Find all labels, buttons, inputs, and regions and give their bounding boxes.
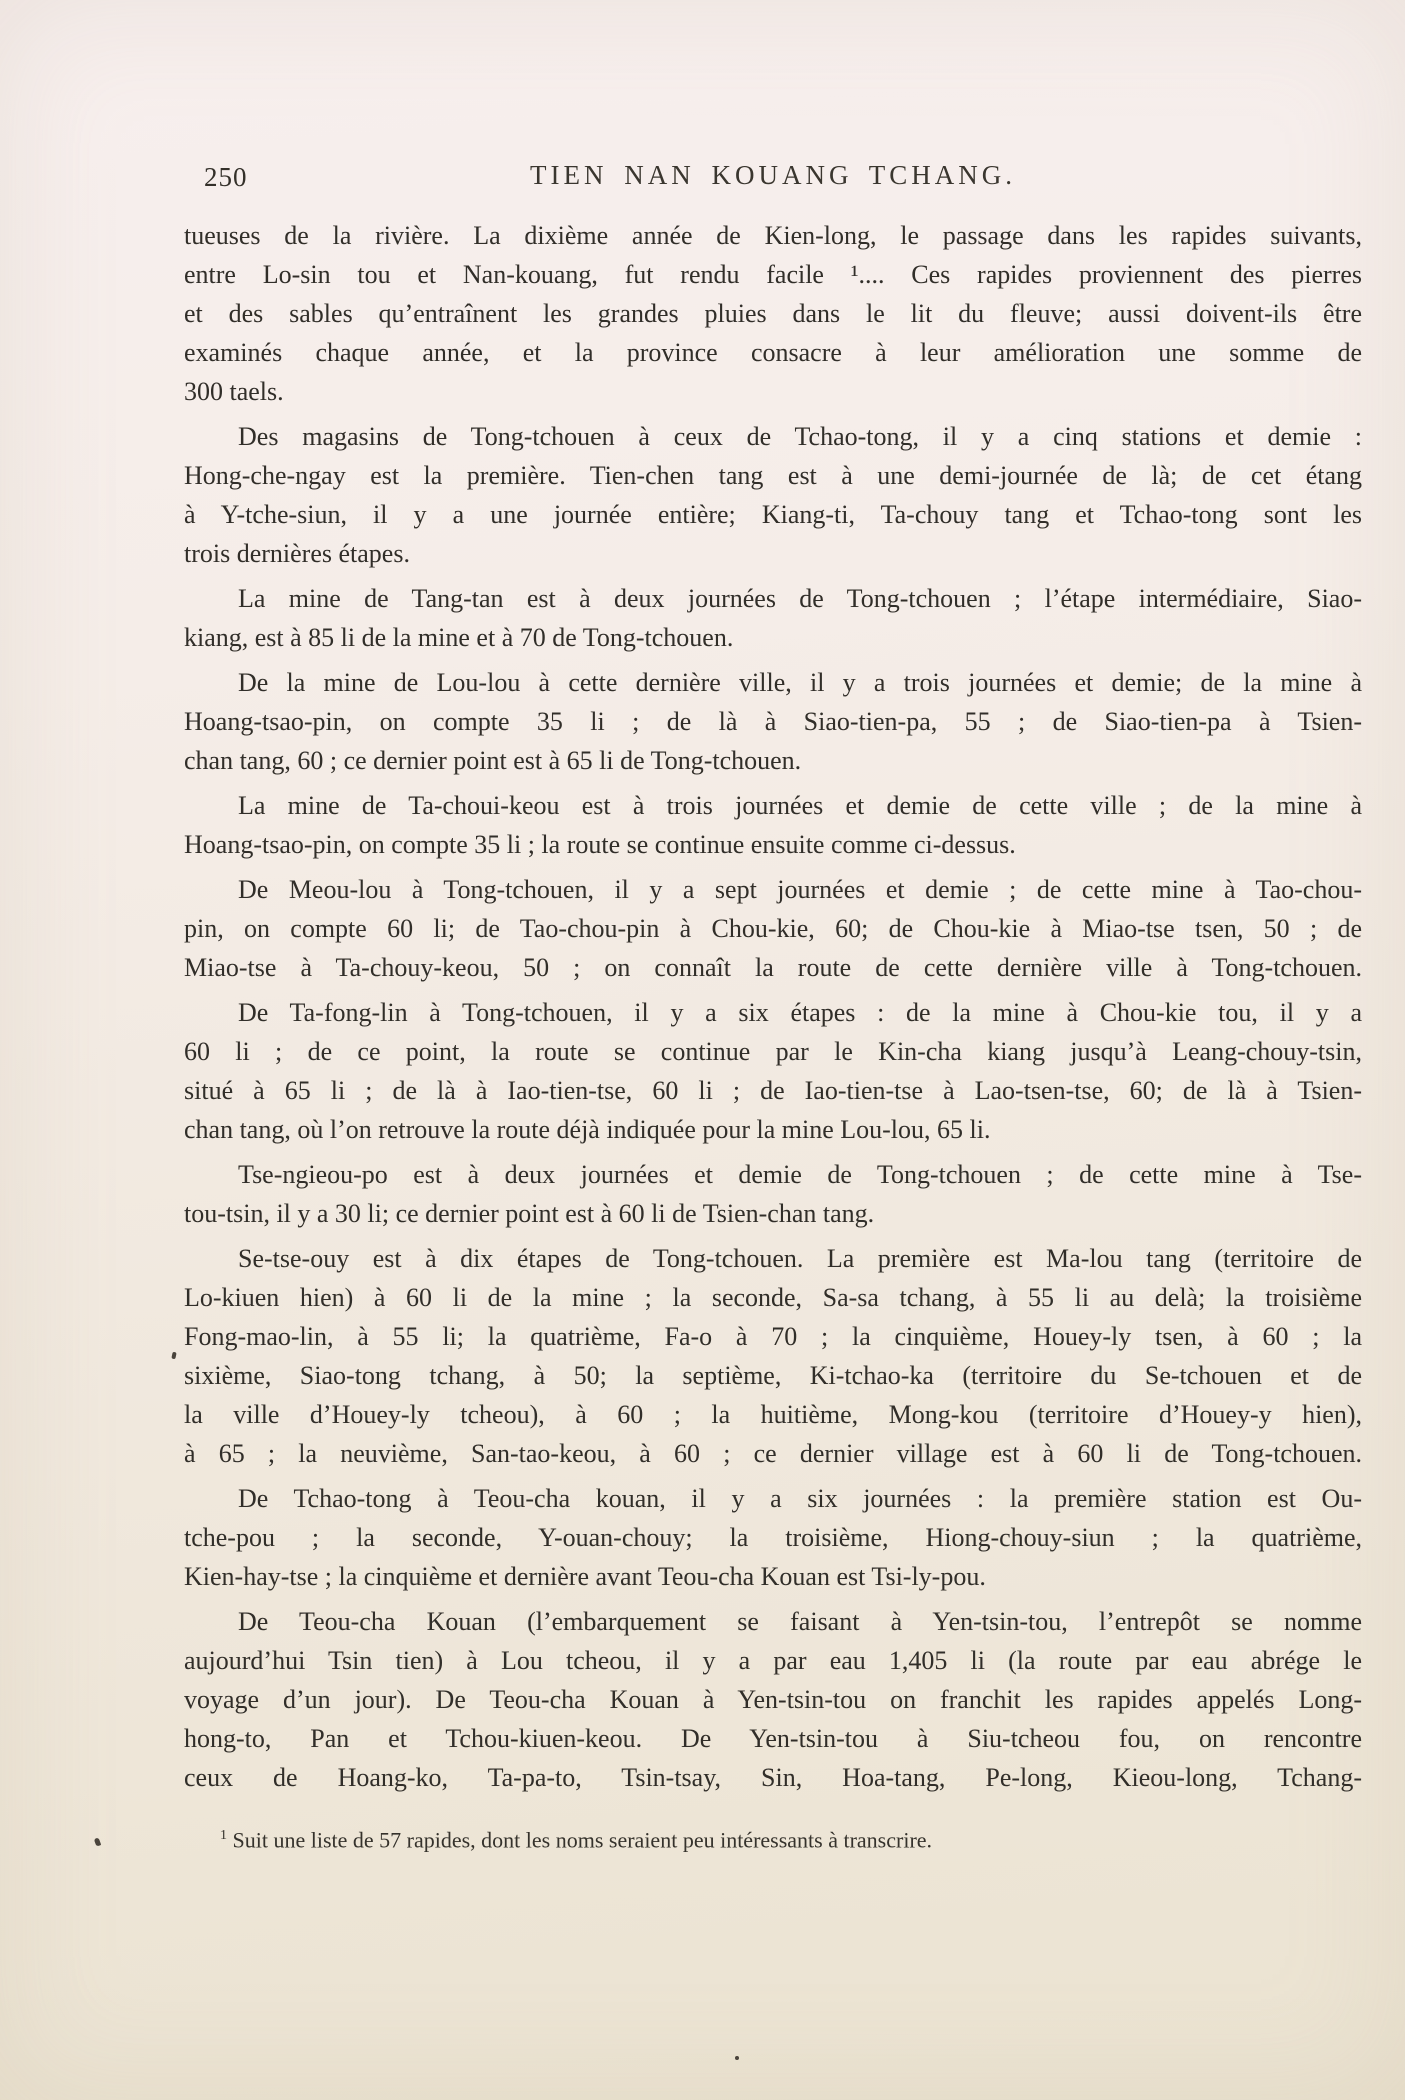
text-line: Des magasins de Tong-tchouen à ceux de T… — [184, 417, 1362, 456]
page-body: tueuses de la rivière. La dixième année … — [184, 216, 1362, 1797]
text-line: hong-to, Pan et Tchou-kiuen-keou. De Yen… — [184, 1719, 1362, 1758]
text-line: trois dernières étapes. — [184, 534, 1362, 573]
footnote-marker: 1 — [220, 1828, 227, 1843]
ink-speck — [171, 1352, 176, 1360]
text-line: La mine de Ta-choui-keou est à trois jou… — [184, 786, 1362, 825]
text-line: chan tang, où l’on retrouve la route déj… — [184, 1110, 1362, 1149]
text-line: examinés chaque année, et la province co… — [184, 333, 1362, 372]
text-line: Hoang-tsao-pin, on compte 35 li ; de là … — [184, 702, 1362, 741]
text-line: Tse-ngieou-po est à deux journées et dem… — [184, 1155, 1362, 1194]
paragraph: De la mine de Lou-lou à cette dernière v… — [184, 663, 1362, 780]
paragraph: De Ta-fong-lin à Tong-tchouen, il y a si… — [184, 993, 1362, 1149]
text-line: sixième, Siao-tong tchang, à 50; la sept… — [184, 1356, 1362, 1395]
text-line: Miao-tse à Ta-chouy-keou, 50 ; on connaî… — [184, 948, 1362, 987]
text-line: tueuses de la rivière. La dixième année … — [184, 216, 1362, 255]
text-line: La mine de Tang-tan est à deux journées … — [184, 579, 1362, 618]
text-line: De Tchao-tong à Teou-cha kouan, il y a s… — [184, 1479, 1362, 1518]
text-line: Kien-hay-tse ; la cinquième et dernière … — [184, 1557, 1362, 1596]
text-line: Hoang-tsao-pin, on compte 35 li ; la rou… — [184, 825, 1362, 864]
text-line: 60 li ; de ce point, la route se continu… — [184, 1032, 1362, 1071]
text-line: tche-pou ; la seconde, Y-ouan-chouy; la … — [184, 1518, 1362, 1557]
text-line: aujourd’hui Tsin tien) à Lou tcheou, il … — [184, 1641, 1362, 1680]
footnote: 1 Suit une liste de 57 rapides, dont les… — [184, 1821, 1362, 1855]
paragraph: La mine de Ta-choui-keou est à trois jou… — [184, 786, 1362, 864]
text-line: chan tang, 60 ; ce dernier point est à 6… — [184, 741, 1362, 780]
footnote-text: Suit une liste de 57 rapides, dont les n… — [233, 1827, 933, 1852]
text-line: voyage d’un jour). De Teou-cha Kouan à Y… — [184, 1680, 1362, 1719]
scanned-book-page: 250 TIEN NAN KOUANG TCHANG. tueuses de l… — [0, 0, 1405, 2100]
paragraph: De Tchao-tong à Teou-cha kouan, il y a s… — [184, 1479, 1362, 1596]
paragraph: De Teou-cha Kouan (l’embarquement se fai… — [184, 1602, 1362, 1797]
text-line: kiang, est à 85 li de la mine et à 70 de… — [184, 618, 1362, 657]
text-line: ceux de Hoang-ko, Ta-pa-to, Tsin-tsay, S… — [184, 1758, 1362, 1797]
text-line: tou-tsin, il y a 30 li; ce dernier point… — [184, 1194, 1362, 1233]
text-line: la ville d’Houey-ly tcheou), à 60 ; la h… — [184, 1395, 1362, 1434]
text-line: situé à 65 li ; de là à Iao-tien-tse, 60… — [184, 1071, 1362, 1110]
paragraph: Se-tse-ouy est à dix étapes de Tong-tcho… — [184, 1239, 1362, 1473]
paragraph: tueuses de la rivière. La dixième année … — [184, 216, 1362, 411]
text-line: à 65 ; la neuvième, San-tao-keou, à 60 ;… — [184, 1434, 1362, 1473]
ink-speck — [735, 2056, 739, 2060]
text-line: Fong-mao-lin, à 55 li; la quatrième, Fa-… — [184, 1317, 1362, 1356]
paragraph: Des magasins de Tong-tchouen à ceux de T… — [184, 417, 1362, 573]
text-line: pin, on compte 60 li; de Tao-chou-pin à … — [184, 909, 1362, 948]
page-number: 250 — [204, 162, 248, 193]
text-line: et des sables qu’entraînent les grandes … — [184, 294, 1362, 333]
text-line: De Meou-lou à Tong-tchouen, il y a sept … — [184, 870, 1362, 909]
paragraph: De Meou-lou à Tong-tchouen, il y a sept … — [184, 870, 1362, 987]
paragraph: La mine de Tang-tan est à deux journées … — [184, 579, 1362, 657]
paragraph: Tse-ngieou-po est à deux journées et dem… — [184, 1155, 1362, 1233]
text-line: entre Lo-sin tou et Nan-kouang, fut rend… — [184, 255, 1362, 294]
text-line: De Teou-cha Kouan (l’embarquement se fai… — [184, 1602, 1362, 1641]
text-line: De Ta-fong-lin à Tong-tchouen, il y a si… — [184, 993, 1362, 1032]
text-column: 250 TIEN NAN KOUANG TCHANG. tueuses de l… — [184, 160, 1362, 1855]
text-line: De la mine de Lou-lou à cette dernière v… — [184, 663, 1362, 702]
ink-speck — [94, 1837, 101, 1846]
running-title: TIEN NAN KOUANG TCHANG. — [184, 160, 1362, 191]
text-line: à Y-tche-siun, il y a une journée entièr… — [184, 495, 1362, 534]
page-header: 250 TIEN NAN KOUANG TCHANG. — [184, 160, 1362, 204]
text-line: Se-tse-ouy est à dix étapes de Tong-tcho… — [184, 1239, 1362, 1278]
text-line: Hong-che-ngay est la première. Tien-chen… — [184, 456, 1362, 495]
text-line: Lo-kiuen hien) à 60 li de la mine ; la s… — [184, 1278, 1362, 1317]
text-line: 300 taels. — [184, 372, 1362, 411]
